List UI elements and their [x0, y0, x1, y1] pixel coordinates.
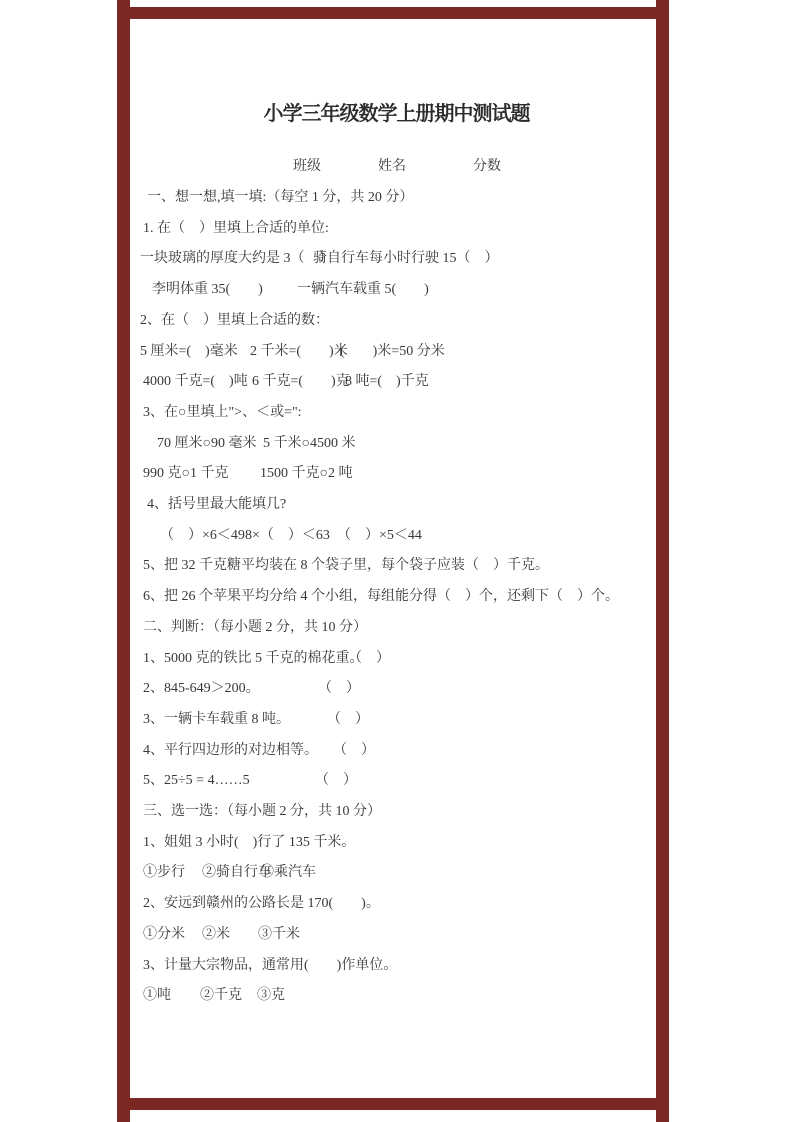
text-segment: 1、姐姐 3 小时( )行了 135 千米。 [143, 831, 355, 851]
text-segment: ( )米=50 分米 [340, 340, 445, 360]
text-line: 一、想一想,填一填:（每空 1 分，共 20 分） [0, 186, 793, 208]
text-line: 3、一辆卡车载重 8 吨。（ ） [0, 708, 793, 730]
text-segment: ②米 [202, 923, 230, 943]
text-segment: 2、在（ ）里填上合适的数： [140, 309, 329, 329]
text-line: 一块玻璃的厚度大约是 3（ ）骑自行车每小时行驶 15（ ） [0, 247, 793, 269]
text-line: 1、5000 克的铁比 5 千克的棉花重。（ ） [0, 647, 793, 669]
text-segment: 6 千克=( )克 [252, 370, 350, 390]
text-segment: 5 千米○4500 米 [263, 432, 355, 452]
text-segment: 5、把 32 千克糖平均装在 8 个袋子里，每个袋子应装（ ）千克。 [143, 554, 549, 574]
text-segment: 3、计量大宗物品，通常用( )作单位。 [143, 954, 397, 974]
text-segment: 骑自行车每小时行驶 15（ ） [313, 247, 499, 267]
text-segment: （ ）×5＜44 [337, 524, 422, 544]
text-segment: 6、把 26 个苹果平均分给 4 个小组，每组能分得（ ）个，还剩下（ ）个。 [143, 585, 619, 605]
text-segment: （ ） [315, 769, 357, 789]
text-segment: ③千米 [258, 923, 300, 943]
text-line: 5 厘米=( )毫米2 千米=( )米( )米=50 分米 [0, 340, 793, 362]
text-segment: ③克 [257, 984, 285, 1004]
text-segment: 4、平行四边形的对边相等。 [143, 739, 318, 759]
text-line: 70 厘米○90 毫米5 千米○4500 米 [0, 432, 793, 454]
text-segment: （ ） [348, 647, 390, 667]
text-line: 5、25÷5 = 4……5（ ） [0, 769, 793, 791]
text-line: 3、在○里填上">、＜或=": [0, 401, 793, 423]
text-segment: 三、选一选：（每小题 2 分，共 10 分） [143, 800, 381, 820]
text-segment: 二、判断：（每小题 2 分，共 10 分） [143, 616, 367, 636]
text-segment: ①步行 [143, 861, 185, 881]
text-segment: 一辆汽车载重 5( ) [297, 278, 429, 298]
text-line: 2、在（ ）里填上合适的数： [0, 309, 793, 331]
text-line: 2、安远到赣州的公路长是 170( )。 [0, 892, 793, 914]
text-segment: 3、在○里填上">、＜或=": [143, 401, 302, 421]
text-line: （ ）×6＜498×（ ）＜63（ ）×5＜44 [0, 524, 793, 546]
text-segment: 5 厘米=( )毫米 [140, 340, 238, 360]
text-segment: 8×（ ）＜63 [245, 524, 330, 544]
text-segment: （ ） [327, 708, 369, 728]
text-line: 3、计量大宗物品，通常用( )作单位。 [0, 954, 793, 976]
text-segment: 1500 千克○2 吨 [260, 462, 352, 482]
text-segment: 2、845-649＞200。 [143, 677, 260, 697]
text-segment: 1、5000 克的铁比 5 千克的棉花重。 [143, 647, 364, 667]
text-segment: 8 吨=( )千克 [345, 370, 429, 390]
text-segment: 2、安远到赣州的公路长是 170( )。 [143, 892, 380, 912]
text-segment: 一、想一想,填一填:（每空 1 分，共 20 分） [147, 186, 413, 206]
text-segment: ①分米 [143, 923, 185, 943]
text-line: 三、选一选：（每小题 2 分，共 10 分） [0, 800, 793, 822]
text-line: 二、判断：（每小题 2 分，共 10 分） [0, 616, 793, 638]
text-segment: 一块玻璃的厚度大约是 3（ ） [140, 247, 333, 267]
document-page: 小学三年级数学上册期中测试题 班级姓名分数 一、想一想,填一填:（每空 1 分，… [0, 0, 793, 1122]
text-segment: 1. 在（ ）里填上合适的单位: [143, 217, 329, 237]
text-segment: ①吨 [143, 984, 171, 1004]
text-line: 4、括号里最大能填几? [0, 493, 793, 515]
text-line: ①步行②骑自行车③乘汽车 [0, 861, 793, 883]
text-segment: 3、一辆卡车载重 8 吨。 [143, 708, 290, 728]
text-segment: 4、括号里最大能填几? [147, 493, 286, 513]
text-segment: 5、25÷5 = 4……5 [143, 769, 250, 789]
text-line: 4、平行四边形的对边相等。（ ） [0, 739, 793, 761]
text-line: 1、姐姐 3 小时( )行了 135 千米。 [0, 831, 793, 853]
text-segment: 70 厘米○90 毫米 [157, 432, 256, 452]
text-segment: （ ） [333, 739, 375, 759]
text-line: 1. 在（ ）里填上合适的单位: [0, 217, 793, 239]
text-segment: （ ） [318, 677, 360, 697]
question-lines: 一、想一想,填一填:（每空 1 分，共 20 分）1. 在（ ）里填上合适的单位… [0, 0, 793, 1122]
text-segment: ③乘汽车 [260, 861, 316, 881]
text-segment: 990 克○1 千克 [143, 462, 228, 482]
text-line: 4000 千克=( )吨6 千克=( )克8 吨=( )千克 [0, 370, 793, 392]
text-segment: 2 千米=( )米 [250, 340, 348, 360]
text-line: ①吨②千克③克 [0, 984, 793, 1006]
text-segment: （ ）×6＜49 [160, 524, 245, 544]
text-segment: 4000 千克=( )吨 [143, 370, 248, 390]
text-segment: ②千克 [200, 984, 242, 1004]
text-line: 李明体重 35( )一辆汽车载重 5( ) [0, 278, 793, 300]
text-line: 6、把 26 个苹果平均分给 4 个小组，每组能分得（ ）个，还剩下（ ）个。 [0, 585, 793, 607]
text-segment: 李明体重 35( ) [152, 278, 263, 298]
text-line: 2、845-649＞200。（ ） [0, 677, 793, 699]
text-line: ①分米②米③千米 [0, 923, 793, 945]
text-line: 990 克○1 千克1500 千克○2 吨 [0, 462, 793, 484]
text-line: 5、把 32 千克糖平均装在 8 个袋子里，每个袋子应装（ ）千克。 [0, 554, 793, 576]
